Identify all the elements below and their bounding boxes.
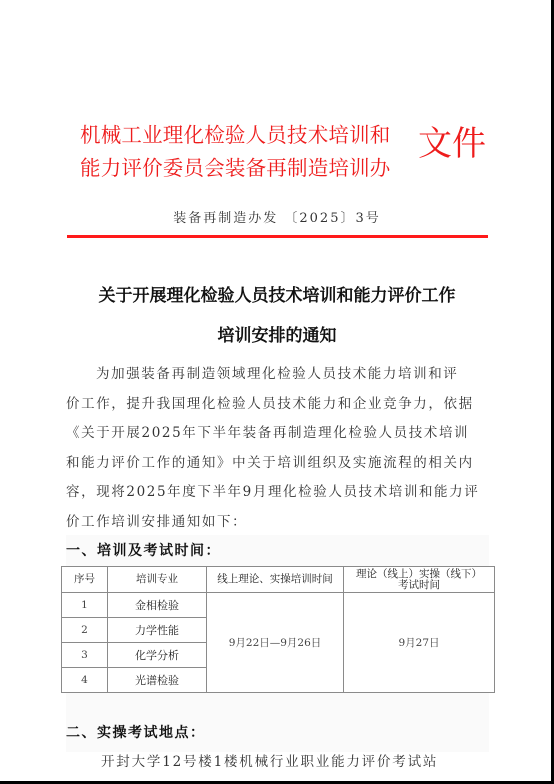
row-no: 2 <box>62 618 108 643</box>
org-line-2: 能力评价委员会装备再制造培训办 <box>80 152 410 185</box>
row-major: 金相检验 <box>108 593 207 618</box>
row-no: 1 <box>62 593 108 618</box>
notice-body: 为加强装备再制造领域理化检验人员技术能力培训和评 价工作，提升我国理化检验人员技… <box>66 360 490 538</box>
body-line: 和能力评价工作的通知》中关于培训组织及实施流程的相关内 <box>66 449 490 479</box>
row-major: 力学性能 <box>108 618 207 643</box>
header-exam-time-line-2: 考试时间 <box>344 580 494 591</box>
header-major: 培训专业 <box>108 567 207 593</box>
body-line: 价工作，提升我国理化检验人员技术能力和企业竞争力，依据 <box>66 390 490 420</box>
exam-time-cell: 9月27日 <box>344 593 495 693</box>
section-heading-schedule: 一、培训及考试时间： <box>66 540 221 560</box>
row-major: 化学分析 <box>108 643 207 668</box>
notice-title-line-1: 关于开展理化检验人员技术培训和能力评价工作 <box>0 281 554 306</box>
row-major: 光谱检验 <box>108 668 207 693</box>
header-training-time: 线上理论、实操培训时间 <box>207 567 344 593</box>
header-exam-time: 理论（线上）实操（线下） 考试时间 <box>344 567 495 593</box>
red-divider <box>67 235 488 238</box>
document-number: 装备再制造办发 〔2025〕3号 <box>0 207 554 226</box>
document-label: 文件 <box>418 124 486 164</box>
body-line: 《关于开展2025年下半年装备再制造理化检验人员技术培训 <box>66 419 490 449</box>
body-line: 价工作培训安排通知如下： <box>66 508 490 538</box>
notice-title-line-2: 培训安排的通知 <box>0 321 554 346</box>
header-no: 序号 <box>62 567 108 593</box>
section-heading-location: 二、实操考试地点： <box>66 722 206 742</box>
org-line-1: 机械工业理化检验人员技术培训和 <box>80 119 410 152</box>
exam-location: 开封大学12号楼1楼机械行业职业能力评价考试站 <box>101 750 438 770</box>
training-schedule-table: 序号 培训专业 线上理论、实操培训时间 理论（线上）实操（线下） 考试时间 1 … <box>61 566 495 693</box>
table-row: 1 金相检验 9月22日—9月26日 9月27日 <box>62 593 495 618</box>
body-line: 容，现将2025年度下半年9月理化检验人员技术培训和能力评 <box>66 478 490 508</box>
issuing-organization: 机械工业理化检验人员技术培训和 能力评价委员会装备再制造培训办 <box>80 119 410 185</box>
row-no: 4 <box>62 668 108 693</box>
row-no: 3 <box>62 643 108 668</box>
training-time-cell: 9月22日—9月26日 <box>207 593 344 693</box>
body-line: 为加强装备再制造领域理化检验人员技术能力培训和评 <box>66 360 490 390</box>
header-exam-time-line-1: 理论（线上）实操（线下） <box>344 569 494 580</box>
table-header-row: 序号 培训专业 线上理论、实操培训时间 理论（线上）实操（线下） 考试时间 <box>62 567 495 593</box>
